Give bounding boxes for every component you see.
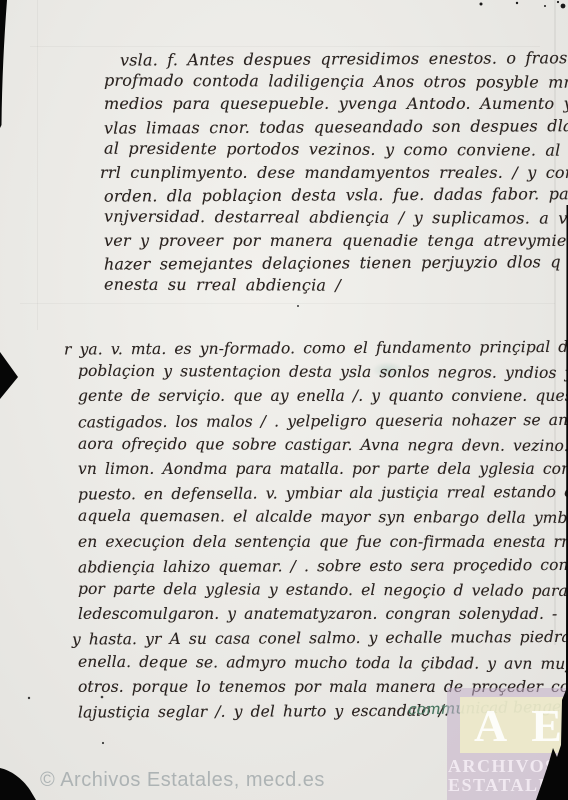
manuscript-line: vn limon. Aondma para matalla. por parte… <box>78 457 568 481</box>
manuscript-paragraph-1: vsla. f. Antes despues qrresidimos enest… <box>104 48 568 298</box>
manuscript-line: puesto. en defensella. v. ymbiar ala jus… <box>78 480 568 507</box>
manuscript-line: vlas limaas cnor. todas queseandado son … <box>104 114 568 140</box>
manuscript-line: enella. deque se. admyro mucho toda la ç… <box>78 649 568 676</box>
manuscript-line: r ya. v. mta. es yn-formado. como el fun… <box>64 334 568 361</box>
manuscript-line: vsla. f. Antes despues qrresidimos enest… <box>120 46 568 72</box>
logo-letter-e: E <box>531 699 562 752</box>
manuscript-line: aquela quemasen. el alcalde mayor syn en… <box>78 504 568 531</box>
archive-logo-ae: A E <box>460 697 568 753</box>
manuscript-line: medios para quesepueble. yvenga Antodo. … <box>104 93 568 116</box>
manuscript-line: castigados. los malos / . yelpeligro que… <box>78 407 568 434</box>
manuscript-scan-page: vsla. f. Antes despues qrresidimos enest… <box>0 0 568 800</box>
archive-org-line1: ARCHIVOS <box>448 757 568 776</box>
archive-watermark-text: ARCHIVOS ESTATALES <box>448 757 568 795</box>
manuscript-line: aora ofreçido que sobre castigar. Avna n… <box>78 432 568 459</box>
manuscript-line: profmado contoda ladiligençia Anos otros… <box>104 69 568 94</box>
scan-specks-top-edge <box>480 1 566 8</box>
scan-tear-left <box>0 352 18 399</box>
manuscript-line: rrl cunplimyento. dese mandamyentos rrea… <box>100 162 568 185</box>
scan-edge-top-left <box>0 0 7 128</box>
manuscript-line: vnjversidad. destarreal abdiençia / y su… <box>104 206 568 231</box>
manuscript-line: en execuçion dela sentençia que fue con-… <box>78 530 568 554</box>
scan-corner-bottom-left <box>0 768 36 800</box>
manuscript-line: enesta su rreal abdiençia / <box>104 274 568 299</box>
manuscript-line: al presidente portodos vezinos. y como c… <box>104 137 568 162</box>
manuscript-line: hazer semejantes delaçiones tienen perju… <box>104 251 568 277</box>
copyright-text: © Archivos Estatales, mecd.es <box>40 769 325 792</box>
paper-crease-horizontal <box>20 303 555 304</box>
archive-org-line2: ESTATALES <box>448 776 568 795</box>
manuscript-line: orden. dla poblaçion desta vsla. fue. da… <box>104 183 568 209</box>
manuscript-line: y hasta. yr A su casa conel salmo. y ech… <box>72 625 568 652</box>
logo-letter-a: A <box>474 699 507 752</box>
manuscript-paragraph-2: r ya. v. mta. es yn-formado. como el fun… <box>78 336 568 723</box>
manuscript-line: gente de serviçio. que ay enella /. y qu… <box>78 384 568 408</box>
manuscript-line: por parte dela yglesia y estando. el neg… <box>78 577 568 604</box>
manuscript-line: poblaçion y sustentaçion desta ysla sonl… <box>78 359 568 386</box>
archive-watermark: A E ARCHIVOS ESTATALES <box>447 688 568 800</box>
manuscript-line: ledescomulgaron. y anatematyzaron. congr… <box>78 602 568 626</box>
manuscript-line: abdiençia lahizo quemar. / . sobre esto … <box>78 552 568 579</box>
paper-crease-vertical <box>37 0 38 330</box>
manuscript-line: ver y proveer por manera quenadie tenga … <box>104 230 568 253</box>
